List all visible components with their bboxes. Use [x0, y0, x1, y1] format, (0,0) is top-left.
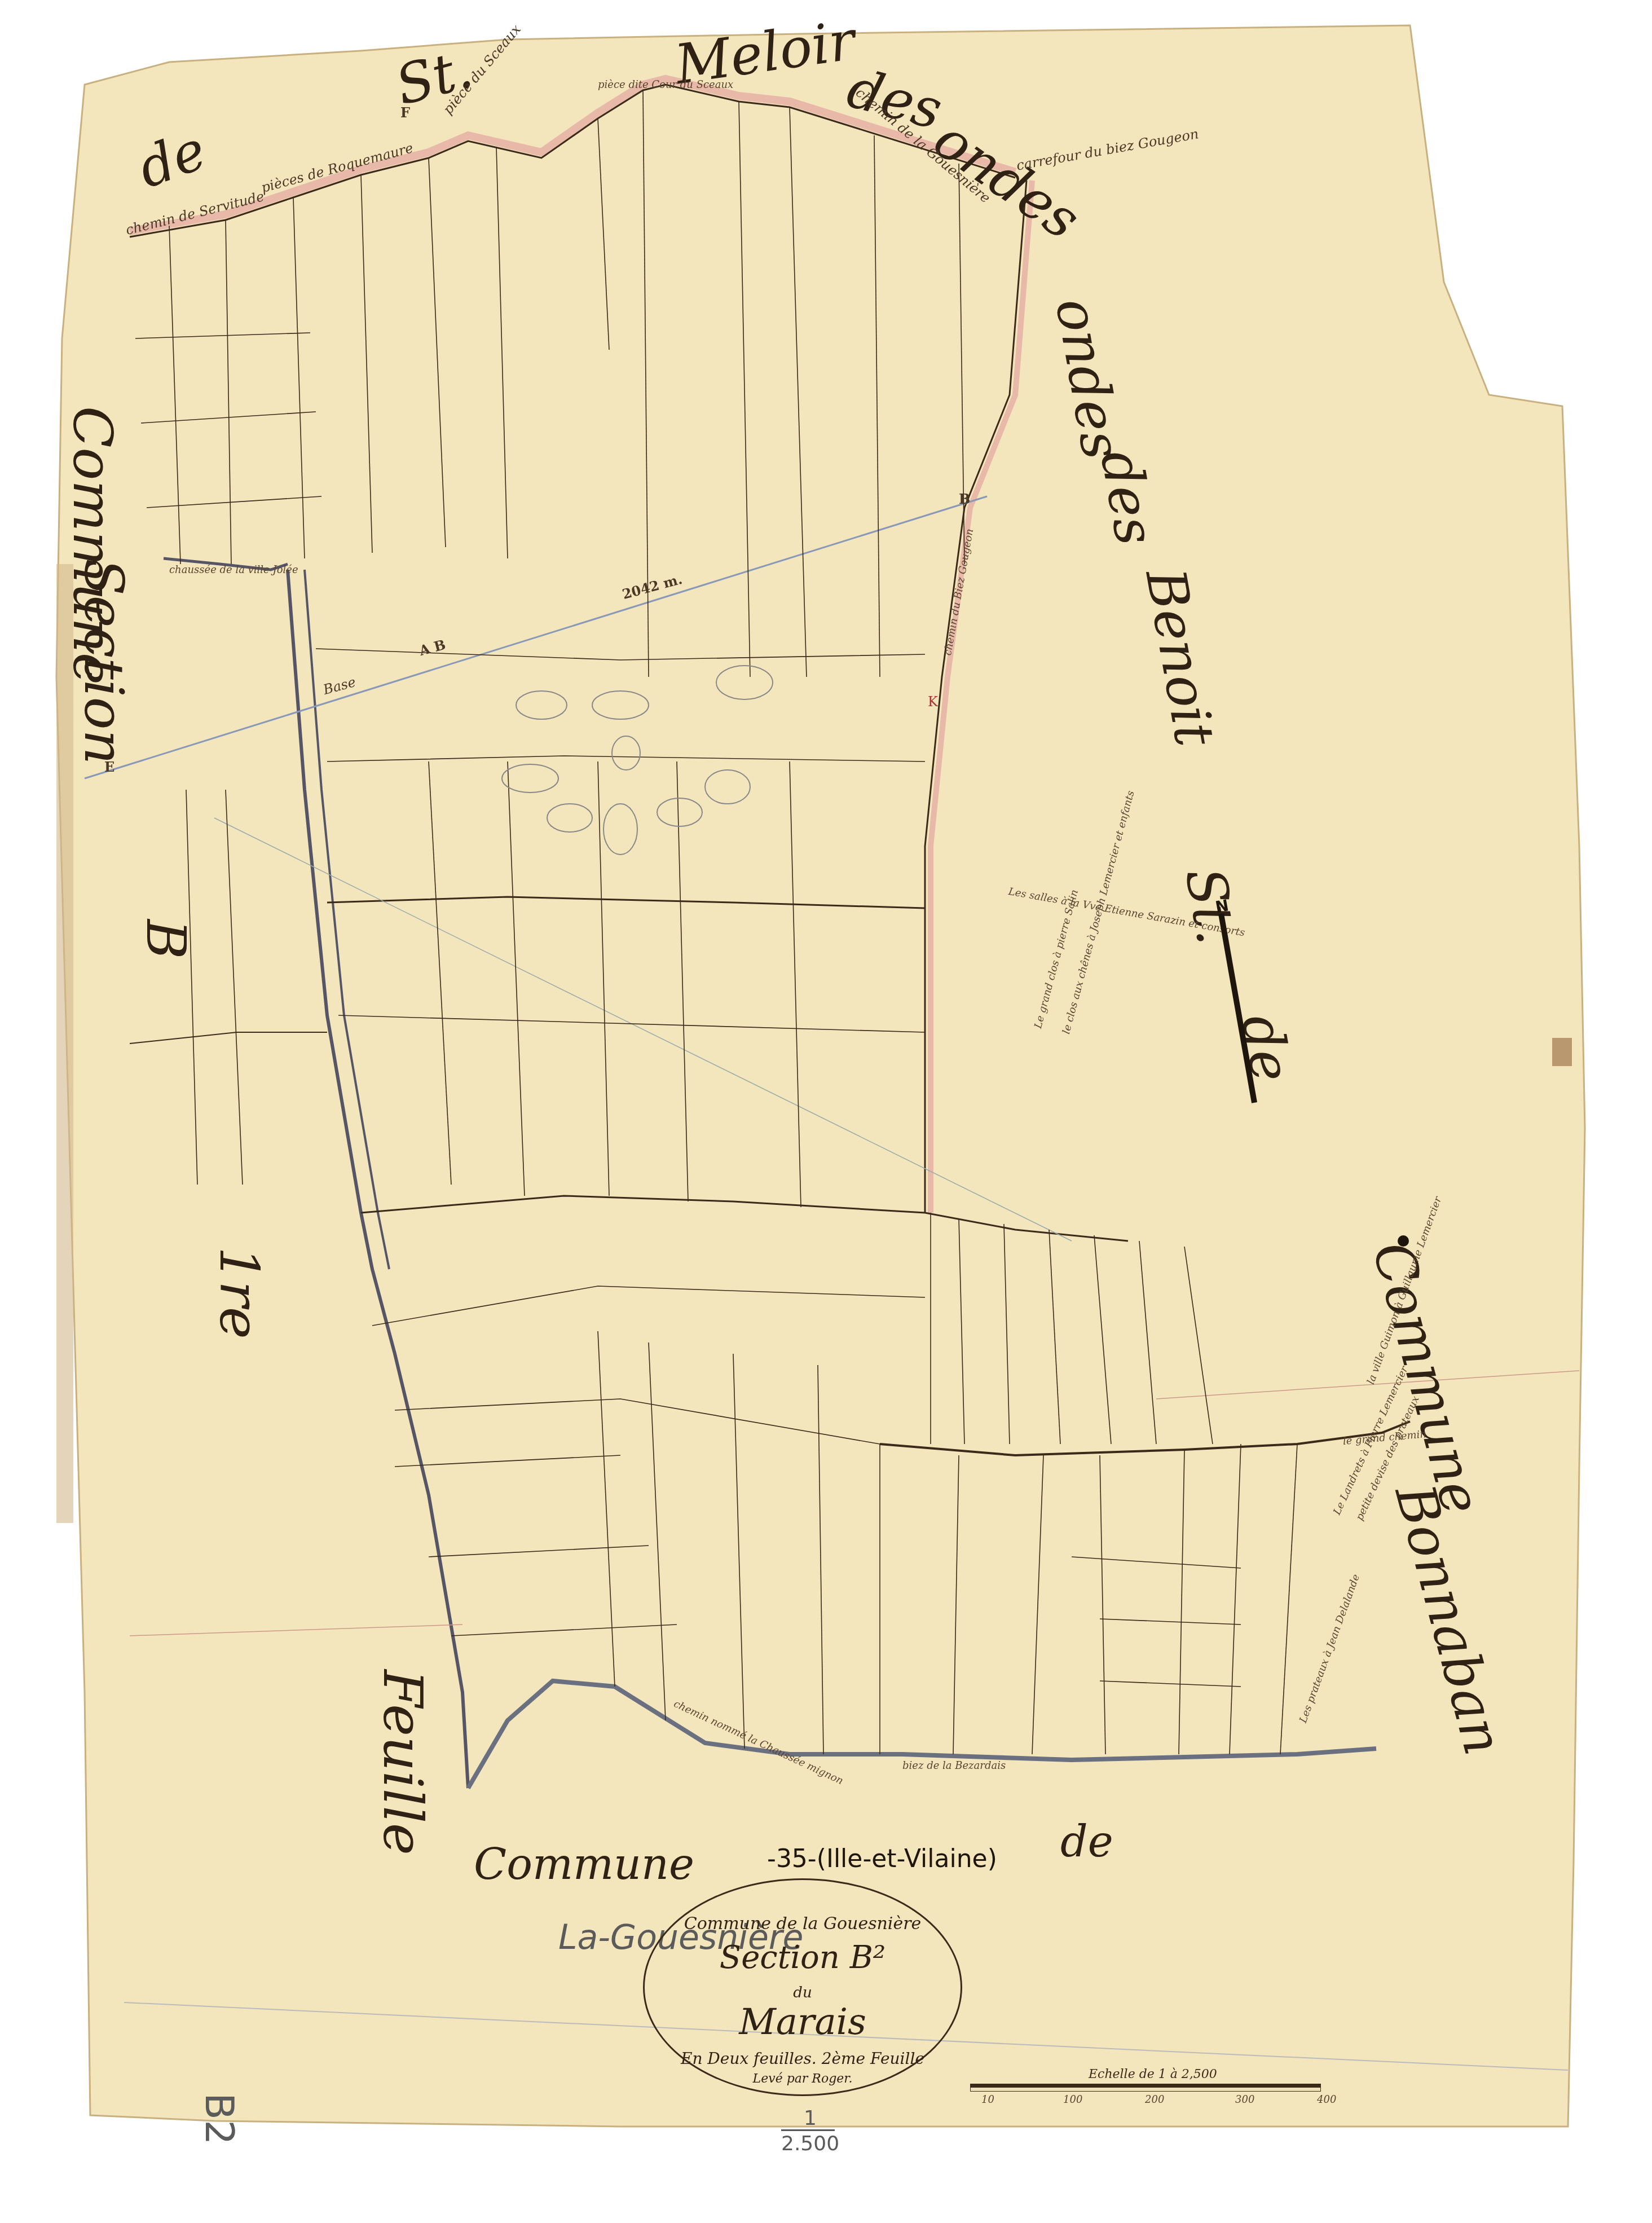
- sheet-code: B2: [196, 2093, 243, 2145]
- tape-right: [1552, 1038, 1572, 1066]
- boundary-label-1re-left: 1re: [208, 1247, 271, 1339]
- cartouche-sheets: En Deux feuilles. 2ème Feuille: [645, 2049, 961, 2068]
- title-cartouche: Commune de la Gouesnière Section B² du M…: [643, 1878, 962, 2096]
- tape-left: [56, 564, 73, 1523]
- scale-tick: 400: [1317, 2094, 1336, 2106]
- scale-bar: [970, 2084, 1321, 2092]
- ratio-numerator: 1: [804, 2107, 817, 2130]
- scale-tick: 100: [1063, 2094, 1082, 2106]
- ratio-divider: [781, 2129, 835, 2131]
- place-label: biez de la Bezardais: [902, 1760, 1006, 1772]
- cartouche-section: Section B²: [645, 1939, 961, 1976]
- cartouche-name: Marais: [645, 2001, 961, 2043]
- cartouche-surveyor: Levé par Roger.: [645, 2072, 961, 2086]
- paper-sheet: [56, 25, 1585, 2127]
- scale-tick: 300: [1235, 2094, 1254, 2106]
- survey-point-B: B: [959, 491, 970, 507]
- boundary-label-de-bottom: de: [1060, 1816, 1113, 1867]
- survey-point-E: E: [104, 759, 114, 775]
- survey-point-K: K: [928, 694, 938, 710]
- boundary-label-section-left: Section: [72, 558, 135, 764]
- scale-tick: 200: [1145, 2094, 1164, 2106]
- boundary-label-b-left: B: [134, 919, 197, 959]
- cartouche-du: du: [645, 1984, 961, 2001]
- department-stamp: -35-(Ille-et-Vilaine): [767, 1845, 997, 1873]
- boundary-label-feuille: Feuille: [371, 1670, 434, 1855]
- ratio-denominator: 2.500: [781, 2132, 839, 2155]
- cadastral-map-sheet: de St. Meloir des ondes ondes des Benoit…: [0, 0, 1652, 2223]
- place-label: chaussée de la ville Jolée: [169, 564, 298, 576]
- cartouche-commune: Commune de la Gouesnière: [645, 1914, 961, 1934]
- place-label: pièce dite Cour du Sceaux: [598, 79, 733, 91]
- scale-tick: 10: [981, 2094, 994, 2106]
- boundary-label-commune-bottom: Commune: [474, 1839, 694, 1889]
- survey-point-F: F: [400, 104, 410, 121]
- scale-title: Echelle de 1 à 2,500: [1089, 2067, 1217, 2081]
